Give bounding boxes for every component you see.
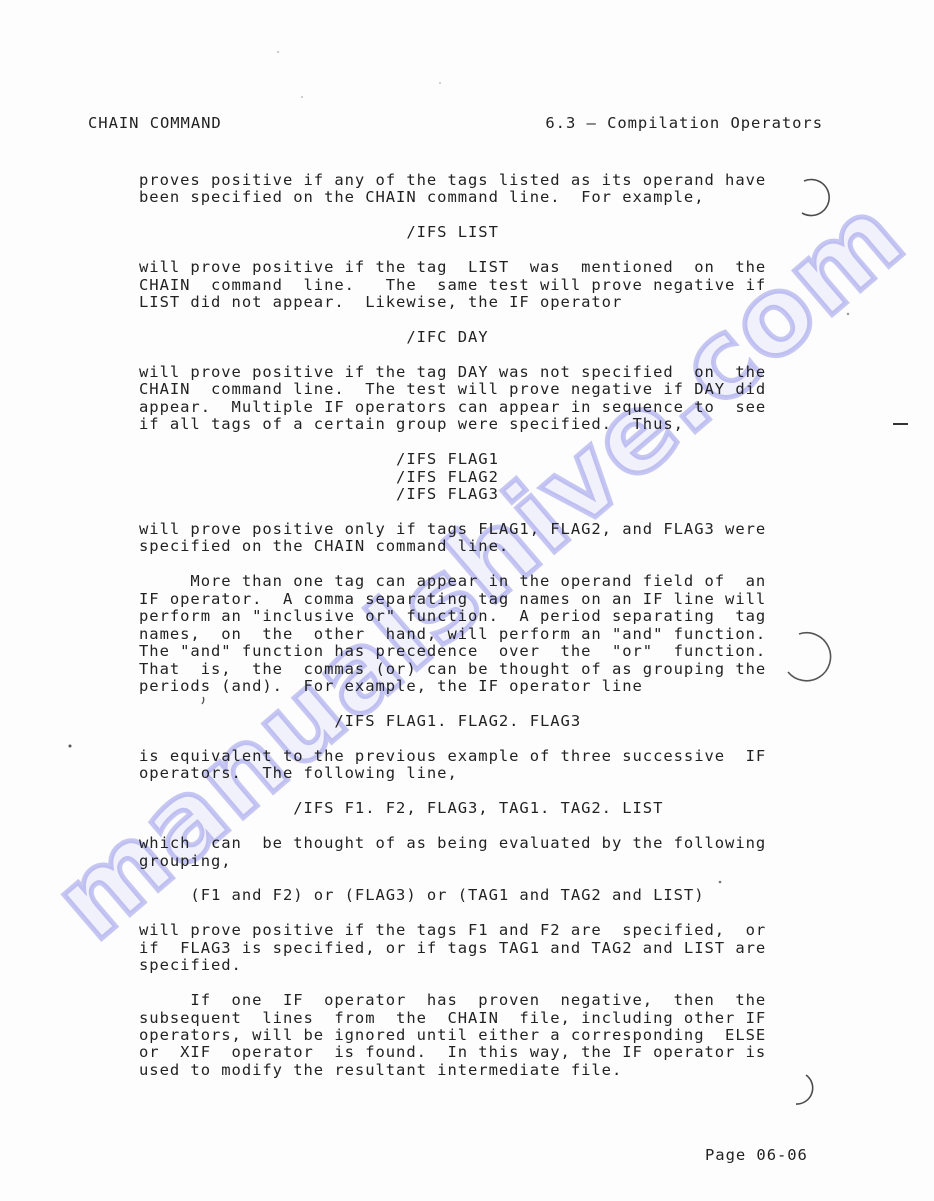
paragraph: proves positive if any of the tags liste…: [139, 172, 766, 207]
paragraph: More than one tag can appear in the oper…: [139, 573, 766, 695]
noise-speck: [847, 313, 849, 315]
noise-speck: [69, 745, 72, 748]
header-left-title: CHAIN COMMAND: [88, 115, 222, 132]
paragraph: will prove positive if the tags F1 and F…: [139, 922, 766, 974]
paragraph: will prove positive only if tags FLAG1, …: [139, 521, 766, 556]
code-block: /IFS FLAG1. FLAG2. FLAG3: [139, 713, 766, 730]
noise-speck: [439, 82, 441, 84]
page-header: CHAIN COMMAND 6.3 — Compilation Operator…: [88, 115, 823, 132]
hole-punch-mark: [788, 633, 831, 681]
hole-punch-mark: [796, 1075, 813, 1104]
page-body: proves positive if any of the tags liste…: [139, 172, 766, 1079]
header-right-section-title: 6.3 — Compilation Operators: [545, 115, 823, 132]
scanned-page: manualshive.com CHAIN COMMAND 6.3 — Comp…: [0, 0, 934, 1201]
code-block: /IFS FLAG1 /IFS FLAG2 /IFS FLAG3: [139, 451, 766, 503]
noise-speck: [277, 51, 279, 53]
paragraph: which can be thought of as being evaluat…: [139, 835, 766, 870]
paragraph: If one IF operator has proven negative, …: [139, 992, 766, 1079]
code-block: /IFS LIST: [139, 224, 766, 241]
noise-speck: [301, 96, 303, 98]
paragraph: will prove positive if the tag LIST was …: [139, 259, 766, 311]
hole-punch-mark: [802, 180, 829, 216]
code-block: (F1 and F2) or (FLAG3) or (TAG1 and TAG2…: [139, 887, 766, 904]
paragraph: is equivalent to the previous example of…: [139, 748, 766, 783]
code-block: /IFC DAY: [139, 329, 766, 346]
code-block: /IFS F1. F2, FLAG3, TAG1. TAG2. LIST: [139, 800, 766, 817]
page-number: Page 06-06: [705, 1147, 808, 1164]
paragraph: will prove positive if the tag DAY was n…: [139, 364, 766, 434]
